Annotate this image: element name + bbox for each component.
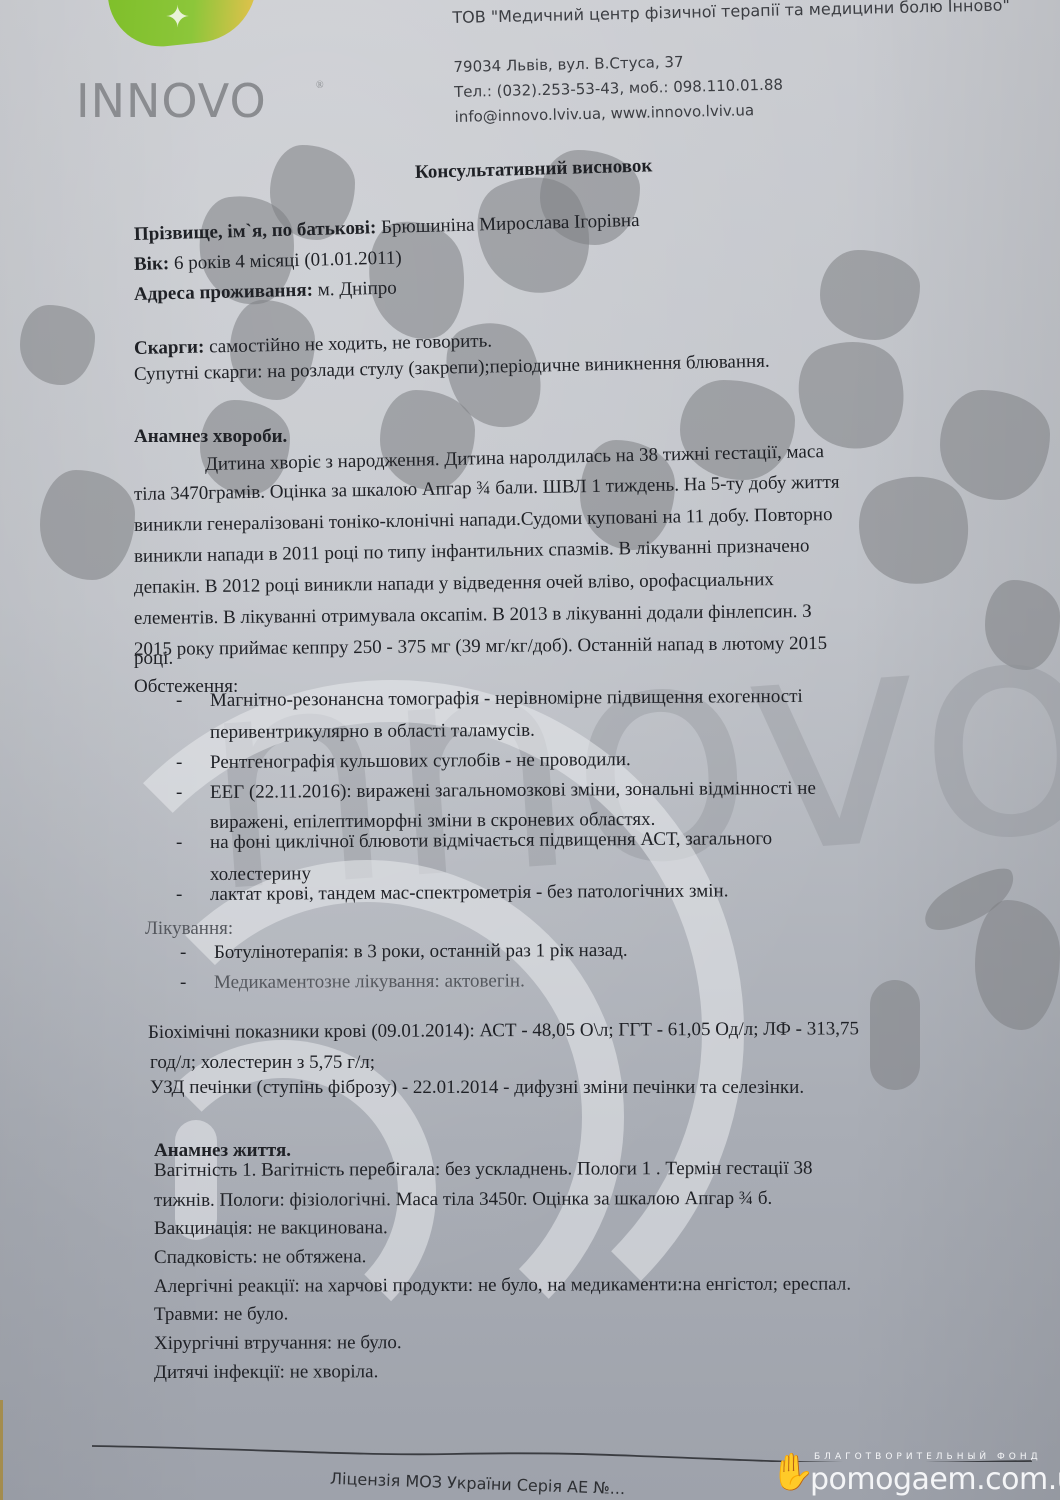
badge-caption: БЛАГОТВОРИТЕЛЬНЫЙ ФОНД [814,1452,1042,1462]
treatment-label: Лікування: [145,918,233,940]
disease-history-line: році. [134,648,173,670]
disease-history-heading: Анамнез хвороби. [134,426,287,448]
license-text: Ліцензія МОЗ України Серія АЕ №... [330,1469,626,1498]
disease-history-line: депакін. В 2012 році виникли напади у ві… [134,569,774,599]
star-icon: ✦ [165,0,190,35]
ultrasound-result: УЗД печінки (ступінь фіброзу) - 22.01.20… [150,1077,804,1099]
list-bullet: - [176,752,182,774]
registered-mark: ® [316,80,324,91]
examination-item: Магнітно-резонансна томографія - нерівно… [210,686,803,712]
patient-address-value: м. Дніпро [313,278,397,301]
patient-name-value: Брюшиніна Мирослава Ігорівна [376,210,640,238]
complaints-label: Скарги: [134,337,205,359]
list-bullet: - [176,690,182,712]
disease-history-line: виникли напади в 2011 році по типу інфан… [134,535,810,568]
life-history-line: Спадковість: не обтяжена. [154,1246,366,1269]
treatment-item: Ботулінотерапія: в 3 роки, останній раз … [214,940,628,964]
list-bullet: - [180,942,186,964]
hand-icon: ✋ [770,1454,815,1490]
examination-item: Рентгенографія кульшових суглобів - не п… [210,749,631,774]
patient-name: Прізвище, ім`я, по батькові: Брюшиніна М… [134,210,640,246]
page-edge [0,1400,3,1500]
organization-contacts: info@innovo.lviv.ua, www.innovo.lviv.ua [454,101,754,126]
examination-item: лактат крові, тандем мас-спектрометрія -… [210,880,729,906]
document-title: Консультативний висновок [415,155,653,184]
life-history-line: Алергічні реакції: на харчові продукти: … [154,1274,851,1298]
complaints-value: самостійно не ходить, не говорить. [204,331,492,358]
life-history-line: Хірургічні втручання: не було. [154,1332,402,1355]
treatment-item: Медикаментозне лікування: актовегін. [214,970,525,994]
biochem-line-1: Біохімічні показники крові (09.01.2014):… [148,1018,859,1044]
logo-text: INNOVO [76,74,267,128]
pomogaem-watermark: ✋ БЛАГОТВОРИТЕЛЬНЫЙ ФОНД pomogaem.com.ua [770,1450,1060,1500]
patient-address-label: Адреса проживання: [134,280,313,305]
examination-item: на фоні циклічної блювоти відмічається п… [210,828,772,854]
examination-item: перивентрикулярно в області таламусів. [210,720,535,744]
patient-address: Адреса проживання: м. Дніпро [134,278,397,306]
patient-name-label: Прізвище, ім`я, по батькові: [134,217,377,245]
list-bullet: - [176,782,182,804]
disease-history-line: Дитина хворіє з народження. Дитина нарол… [205,441,824,476]
organization-name: ТОВ "Медичний центр фізичної терапії та … [452,0,1010,27]
life-history-line: Дитячі інфекції: не хворіла. [154,1361,378,1384]
patient-age-label: Вік: [134,253,170,275]
list-bullet: - [176,884,182,906]
patient-age: Вік: 6 років 4 місяці (01.01.2011) [134,247,402,276]
life-history-line: Вагітність 1. Вагітність перебігала: без… [154,1158,813,1182]
disease-history-line: виникли генералізовані тоніко-клонічні н… [134,504,833,537]
badge-site: pomogaem.com.ua [810,1462,1060,1497]
disease-history-line: 2015 року приймає кеппру 250 - 375 мг (3… [134,633,827,661]
organization-phone: Тел.: (032).253-53-43, моб.: 098.110.01.… [454,76,783,101]
complaints: Скарги: самостійно не ходить, не говорит… [134,331,492,360]
list-bullet: - [176,832,182,854]
life-history-line: Вакцинація: не вакцинована. [154,1217,388,1240]
biochem-line-2: год/л; холестерин з 5,75 г/л; [150,1052,375,1074]
organization-address: 79034 Львів, вул. В.Стуса, 37 [453,53,683,76]
disease-history-line: тіла 3470грамів. Оцінка за шкалою Апгар … [134,472,840,506]
patient-age-value: 6 років 4 місяці (01.01.2011) [169,247,402,274]
list-bullet: - [180,972,186,994]
disease-history-line: елементів. В лікуванні отримувала оксапі… [134,601,812,630]
examination-item: ЕЕГ (22.11.2016): виражені загальномозко… [210,778,816,804]
life-history-line: тижнів. Пологи: фізіологічні. Маса тіла … [154,1188,772,1212]
life-history-line: Травми: не було. [154,1304,288,1326]
